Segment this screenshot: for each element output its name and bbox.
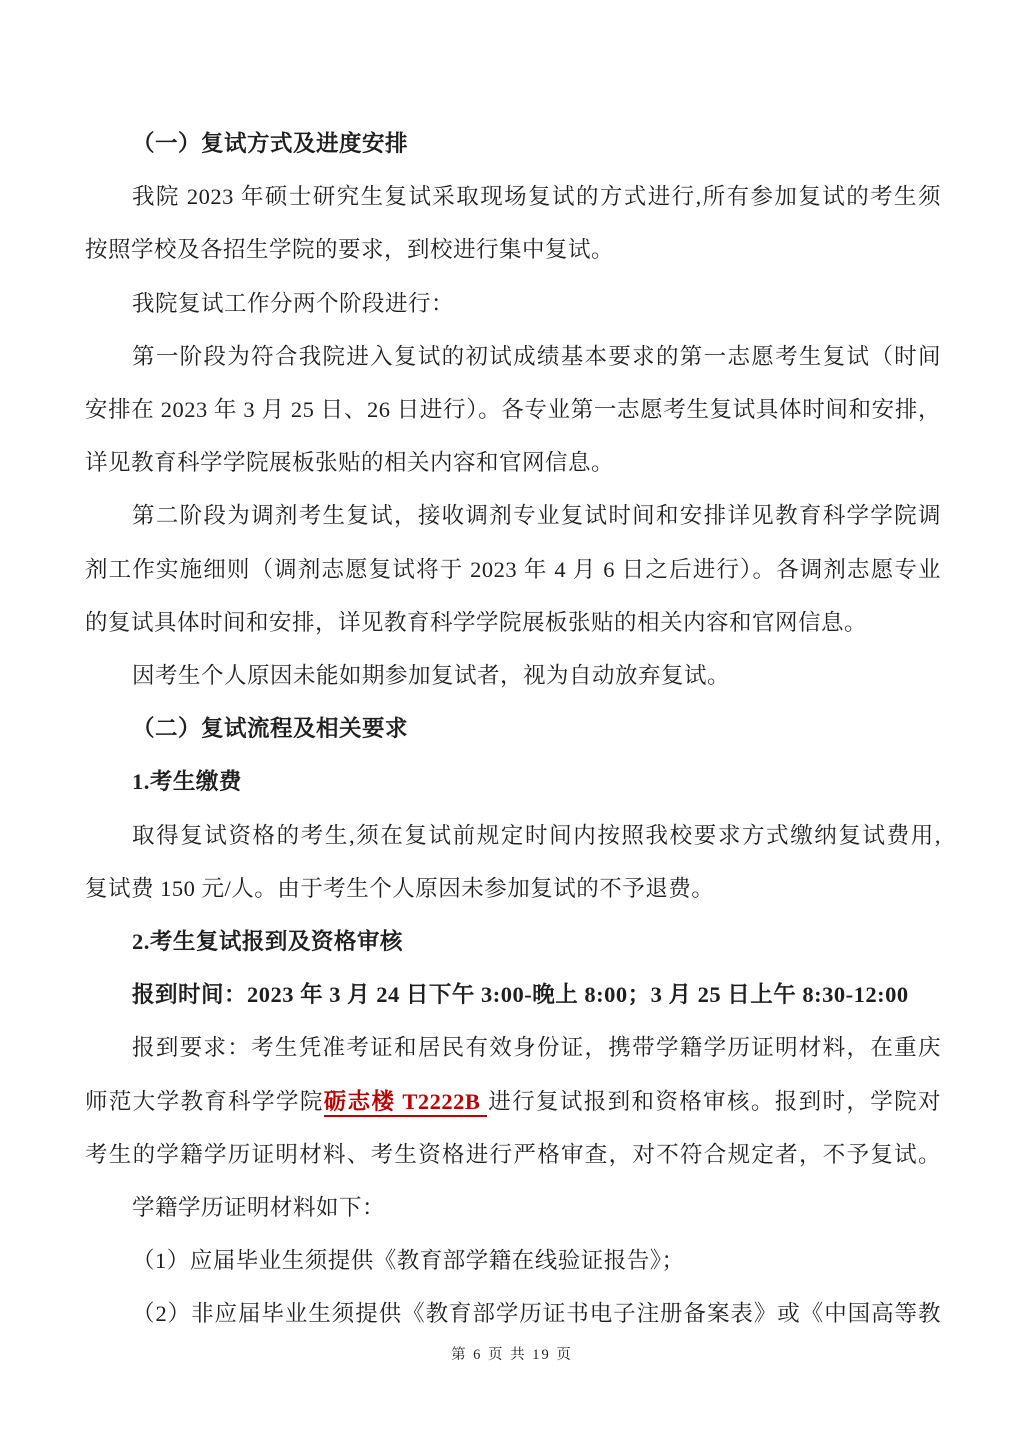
list-item-2: （2）非应届毕业生须提供《教育部学历证书电子注册备案表》或《中国高等教 [85,1298,941,1330]
body-line: 的复试具体时间和安排，详见教育科学学院展板张贴的相关内容和官网信息。 [85,607,941,639]
body-line: 考生的学籍学历证明材料、考生资格进行严格审查，对不符合规定者，不予复试。 [85,1139,941,1171]
location-line-suffix: 进行复试报到和资格审核。报到时，学院对 [487,1089,941,1114]
heading-section-2: （二）复试流程及相关要求 [85,713,941,745]
body-line: 因考生个人原因未能如期参加复试者，视为自动放弃复试。 [85,660,941,692]
body-line: 报到要求：考生凭准考证和居民有效身份证，携带学籍学历证明材料，在重庆 [85,1032,941,1064]
body-line: 取得复试资格的考生,须在复试前规定时间内按照我校要求方式缴纳复试费用, [85,820,941,852]
body-line: 复试费 150 元/人。由于考生个人原因未参加复试的不予退费。 [85,873,941,905]
body-line: 我院复试工作分两个阶段进行： [85,288,941,320]
body-line: 详见教育科学学院展板张贴的相关内容和官网信息。 [85,447,941,479]
checkin-time-line: 报到时间：2023 年 3 月 24 日下午 3:00-晚上 8:00；3 月 … [85,979,941,1011]
body-line: 学籍学历证明材料如下： [85,1192,941,1224]
subheading-checkin: 2.考生复试报到及资格审核 [85,926,941,958]
body-line: 按照学校及各招生学院的要求，到校进行集中复试。 [85,234,941,266]
list-item-1: （1）应届毕业生须提供《教育部学籍在线验证报告》； [85,1245,941,1277]
body-line: 第一阶段为符合我院进入复试的初试成绩基本要求的第一志愿考生复试（时间 [85,341,941,373]
location-line-prefix: 师范大学教育科学学院 [85,1089,324,1114]
body-line: 安排在 2023 年 3 月 25 日、26 日进行）。各专业第一志愿考生复试具… [85,394,941,426]
body-line: 剂工作实施细则（调剂志愿复试将于 2023 年 4 月 6 日之后进行）。各调剂… [85,554,941,586]
document-page: （一）复试方式及进度安排 我院 2023 年硕士研究生复试采取现场复试的方式进行… [0,0,1024,1448]
subheading-fee: 1.考生缴费 [85,766,941,798]
body-line-with-location: 师范大学教育科学学院砺志楼 T2222B进行复试报到和资格审核。报到时，学院对 [85,1086,941,1118]
body-line: 第二阶段为调剂考生复试，接收调剂专业复试时间和安排详见教育科学学院调 [85,500,941,532]
body-line: 我院 2023 年硕士研究生复试采取现场复试的方式进行,所有参加复试的考生须 [85,181,941,213]
page-footer: 第 6 页 共 19 页 [0,1344,1024,1366]
heading-section-1: （一）复试方式及进度安排 [85,128,941,160]
building-location-highlight: 砺志楼 T2222B [324,1089,488,1117]
